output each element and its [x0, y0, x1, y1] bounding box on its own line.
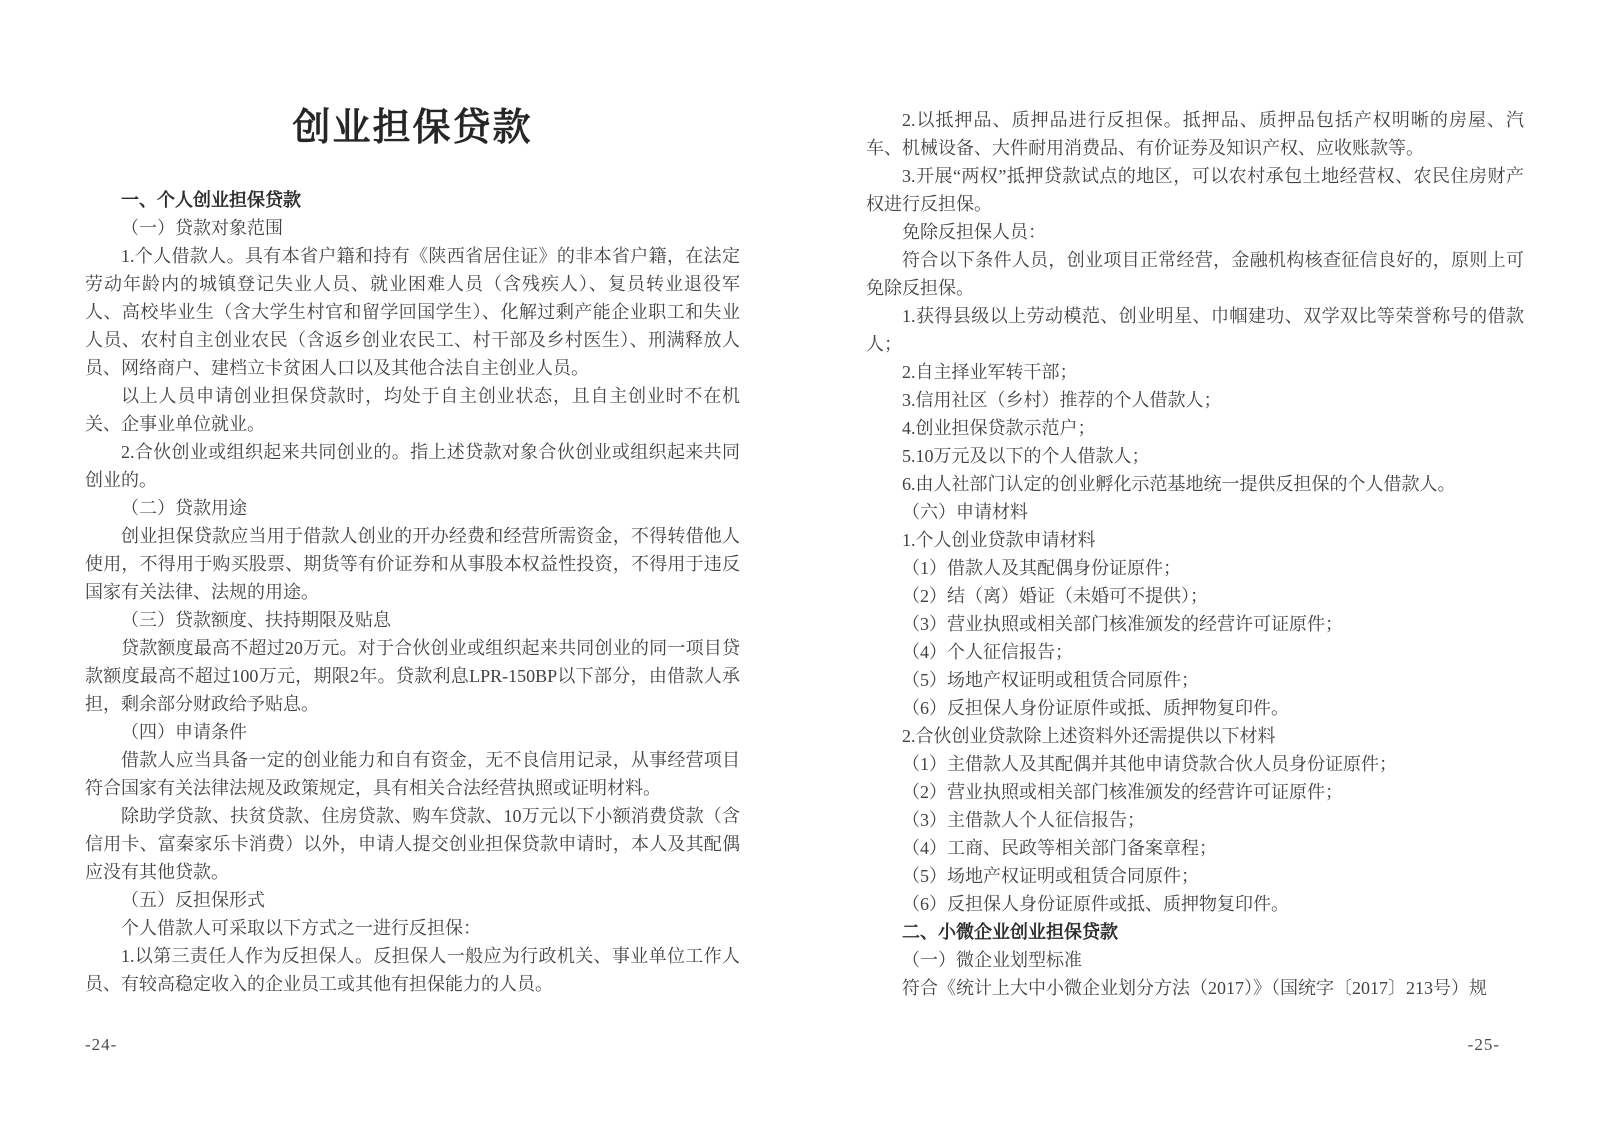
paragraph: （2）结（离）婚证（未婚可不提供）；: [866, 582, 1524, 610]
page-right-body: 2.以抵押品、质押品进行反担保。抵押品、质押品包括产权明晰的房屋、汽车、机械设备…: [866, 106, 1524, 1002]
page-right: 2.以抵押品、质押品进行反担保。抵押品、质押品包括产权明晰的房屋、汽车、机械设备…: [866, 106, 1524, 1002]
paragraph: 创业担保贷款应当用于借款人创业的开办经费和经营所需资金，不得转借他人使用，不得用…: [85, 522, 740, 606]
paragraph: 6.由人社部门认定的创业孵化示范基地统一提供反担保的个人借款人。: [866, 470, 1524, 498]
paragraph: 5.10万元及以下的个人借款人；: [866, 442, 1524, 470]
section-heading: 一、个人创业担保贷款: [85, 186, 740, 214]
paragraph: （五）反担保形式: [85, 886, 740, 914]
paragraph: （三）贷款额度、扶持期限及贴息: [85, 606, 740, 634]
paragraph: （6）反担保人身份证原件或抵、质押物复印件。: [866, 890, 1524, 918]
paragraph: （1）主借款人及其配偶并其他申请贷款合伙人员身份证原件；: [866, 750, 1524, 778]
paragraph: （二）贷款用途: [85, 494, 740, 522]
paragraph: 免除反担保人员：: [866, 218, 1524, 246]
paragraph: 以上人员申请创业担保贷款时，均处于自主创业状态，且自主创业时不在机关、企事业单位…: [85, 382, 740, 438]
paragraph: 2.合伙创业或组织起来共同创业的。指上述贷款对象合伙创业或组织起来共同创业的。: [85, 438, 740, 494]
paragraph: （四）申请条件: [85, 718, 740, 746]
paragraph: 1.以第三责任人作为反担保人。反担保人一般应为行政机关、事业单位工作人员、有较高…: [85, 942, 740, 998]
paragraph: 1.个人创业贷款申请材料: [866, 526, 1524, 554]
section-heading: 二、小微企业创业担保贷款: [866, 918, 1524, 946]
paragraph: 除助学贷款、扶贫贷款、住房贷款、购车贷款、10万元以下小额消费贷款（含信用卡、富…: [85, 802, 740, 886]
page-number-left: -24-: [85, 1034, 117, 1056]
paragraph: （4）个人征信报告；: [866, 638, 1524, 666]
paragraph: 1.获得县级以上劳动模范、创业明星、巾帼建功、双学双比等荣誉称号的借款人；: [866, 302, 1524, 358]
paragraph: 4.创业担保贷款示范户；: [866, 414, 1524, 442]
paragraph: 2.自主择业军转干部；: [866, 358, 1524, 386]
paragraph: 3.开展“两权”抵押贷款试点的地区，可以农村承包土地经营权、农民住房财产权进行反…: [866, 162, 1524, 218]
paragraph: 3.信用社区（乡村）推荐的个人借款人；: [866, 386, 1524, 414]
paragraph: （3）主借款人个人征信报告；: [866, 806, 1524, 834]
paragraph: 2.以抵押品、质押品进行反担保。抵押品、质押品包括产权明晰的房屋、汽车、机械设备…: [866, 106, 1524, 162]
page-left-body: 一、个人创业担保贷款（一）贷款对象范围1.个人借款人。具有本省户籍和持有《陕西省…: [85, 186, 740, 998]
paragraph: （5）场地产权证明或租赁合同原件；: [866, 862, 1524, 890]
paragraph: 符合以下条件人员，创业项目正常经营，金融机构核查征信良好的，原则上可免除反担保。: [866, 246, 1524, 302]
paragraph: （2）营业执照或相关部门核准颁发的经营许可证原件；: [866, 778, 1524, 806]
paragraph: 2.合伙创业贷款除上述资料外还需提供以下材料: [866, 722, 1524, 750]
paragraph: （1）借款人及其配偶身份证原件；: [866, 554, 1524, 582]
page-number-right: -25-: [1468, 1034, 1500, 1056]
paragraph: 借款人应当具备一定的创业能力和自有资金，无不良信用记录，从事经营项目符合国家有关…: [85, 746, 740, 802]
paragraph: 符合《统计上大中小微企业划分方法（2017）》（国统字〔2017〕213号）规: [866, 974, 1524, 1002]
document-spread: 创业担保贷款 一、个人创业担保贷款（一）贷款对象范围1.个人借款人。具有本省户籍…: [0, 0, 1600, 1142]
paragraph: （一）贷款对象范围: [85, 214, 740, 242]
paragraph: 1.个人借款人。具有本省户籍和持有《陕西省居住证》的非本省户籍，在法定劳动年龄内…: [85, 242, 740, 382]
paragraph: （6）反担保人身份证原件或抵、质押物复印件。: [866, 694, 1524, 722]
paragraph: 贷款额度最高不超过20万元。对于合伙创业或组织起来共同创业的同一项目贷款额度最高…: [85, 634, 740, 718]
paragraph: （5）场地产权证明或租赁合同原件；: [866, 666, 1524, 694]
page-left: 创业担保贷款 一、个人创业担保贷款（一）贷款对象范围1.个人借款人。具有本省户籍…: [85, 0, 740, 998]
paragraph: （六）申请材料: [866, 498, 1524, 526]
paragraph: （3）营业执照或相关部门核准颁发的经营许可证原件；: [866, 610, 1524, 638]
paragraph: （4）工商、民政等相关部门备案章程；: [866, 834, 1524, 862]
paragraph: （一）微企业划型标准: [866, 946, 1524, 974]
paragraph: 个人借款人可采取以下方式之一进行反担保：: [85, 914, 740, 942]
document-title: 创业担保贷款: [85, 102, 740, 154]
